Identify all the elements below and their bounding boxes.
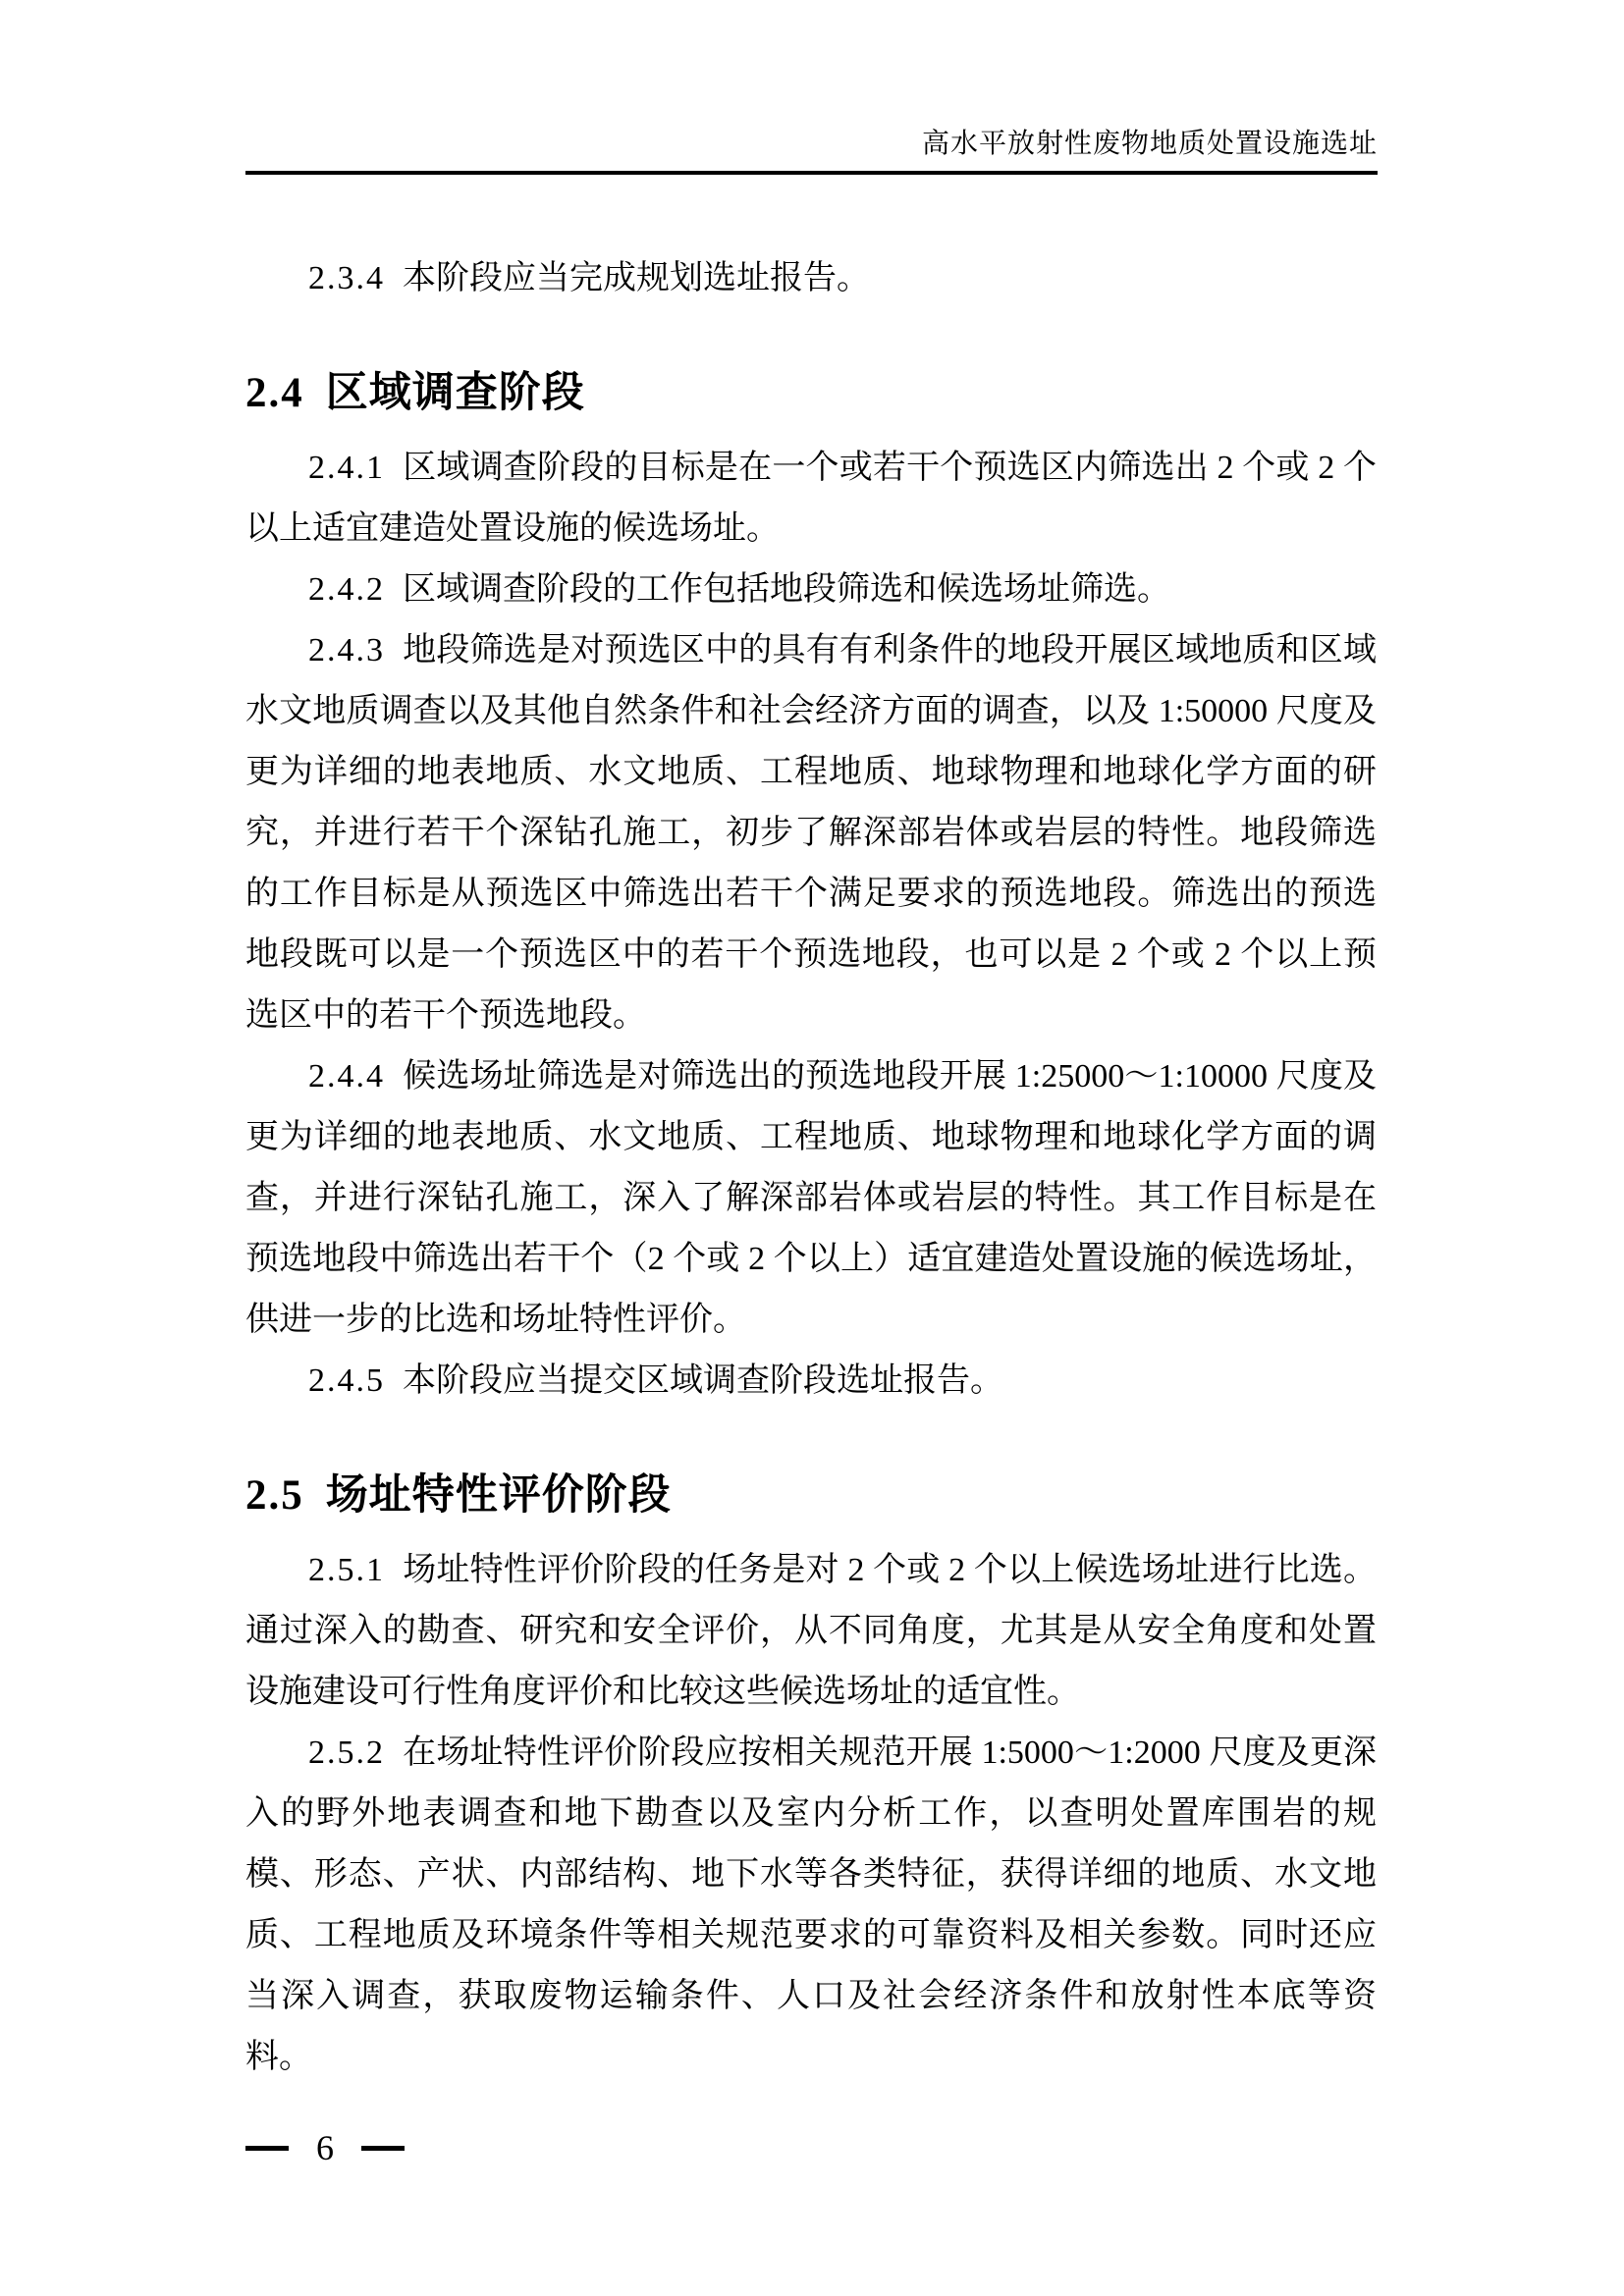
document-page: 高水平放射性废物地质处置设施选址 2.3.4本阶段应当完成规划选址报告。 2.4… — [0, 0, 1624, 2296]
para-242: 2.4.2区域调查阶段的工作包括地段筛选和候选场址筛选。 — [245, 560, 1377, 620]
document-body: 2.3.4本阶段应当完成规划选址报告。 2.4区域调查阶段 2.4.1区域调查阶… — [245, 204, 1377, 2088]
section-title: 场址特性评价阶段 — [326, 1471, 672, 1519]
section-number: 2.5 — [245, 1472, 304, 1519]
para-243: 2.4.3地段筛选是对预选区中的具有有利条件的地段开展区域地质和区域水文地质调查… — [245, 620, 1377, 1046]
para-241: 2.4.1区域调查阶段的目标是在一个或若干个预选区内筛选出 2 个或 2 个以上… — [245, 438, 1377, 560]
section-heading-25: 2.5场址特性评价阶段 — [245, 1466, 1377, 1525]
para-text: 区域调查阶段的目标是在一个或若干个预选区内筛选出 2 个或 2 个以上适宜建造处… — [245, 450, 1377, 547]
para-244: 2.4.4候选场址筛选是对筛选出的预选地段开展 1:25000～1:10000 … — [245, 1046, 1377, 1351]
page-header: 高水平放射性废物地质处置设施选址 — [245, 0, 1378, 175]
para-number: 2.4.3 — [308, 632, 385, 668]
para-number: 2.4.5 — [308, 1362, 385, 1399]
para-number: 2.5.1 — [308, 1552, 385, 1588]
para-text: 场址特性评价阶段的任务是对 2 个或 2 个以上候选场址进行比选。通过深入的勘查… — [245, 1552, 1377, 1710]
para-234: 2.3.4本阶段应当完成规划选址报告。 — [245, 248, 1377, 309]
para-number: 2.4.2 — [308, 571, 385, 608]
footer-right-dash — [361, 2146, 405, 2151]
para-text: 在场址特性评价阶段应按相关规范开展 1:5000～1:2000 尺度及更深入的野… — [245, 1735, 1377, 2075]
page-footer: 6 — [245, 2126, 405, 2169]
section-title: 区域调查阶段 — [326, 369, 585, 416]
para-number: 2.5.2 — [308, 1735, 385, 1771]
footer-left-dash — [245, 2146, 289, 2151]
header-rule — [245, 171, 1378, 175]
para-number: 2.3.4 — [308, 260, 385, 296]
para-text: 地段筛选是对预选区中的具有有利条件的地段开展区域地质和区域水文地质调查以及其他自… — [245, 632, 1377, 1034]
running-head-title: 高水平放射性废物地质处置设施选址 — [245, 0, 1378, 159]
section-heading-24: 2.4区域调查阶段 — [245, 363, 1377, 423]
para-text: 候选场址筛选是对筛选出的预选地段开展 1:25000～1:10000 尺度及更为… — [245, 1058, 1377, 1338]
para-number: 2.4.4 — [308, 1058, 385, 1095]
section-number: 2.4 — [245, 370, 304, 416]
para-251: 2.5.1场址特性评价阶段的任务是对 2 个或 2 个以上候选场址进行比选。通过… — [245, 1540, 1377, 1723]
para-text: 本阶段应当提交区域调查阶段选址报告。 — [403, 1362, 1003, 1399]
para-252: 2.5.2在场址特性评价阶段应按相关规范开展 1:5000～1:2000 尺度及… — [245, 1723, 1377, 2088]
footer-page-number: 6 — [316, 2126, 334, 2169]
para-245: 2.4.5本阶段应当提交区域调查阶段选址报告。 — [245, 1351, 1377, 1412]
para-text: 区域调查阶段的工作包括地段筛选和候选场址筛选。 — [403, 571, 1170, 608]
para-text: 本阶段应当完成规划选址报告。 — [403, 260, 870, 296]
para-number: 2.4.1 — [308, 450, 385, 486]
